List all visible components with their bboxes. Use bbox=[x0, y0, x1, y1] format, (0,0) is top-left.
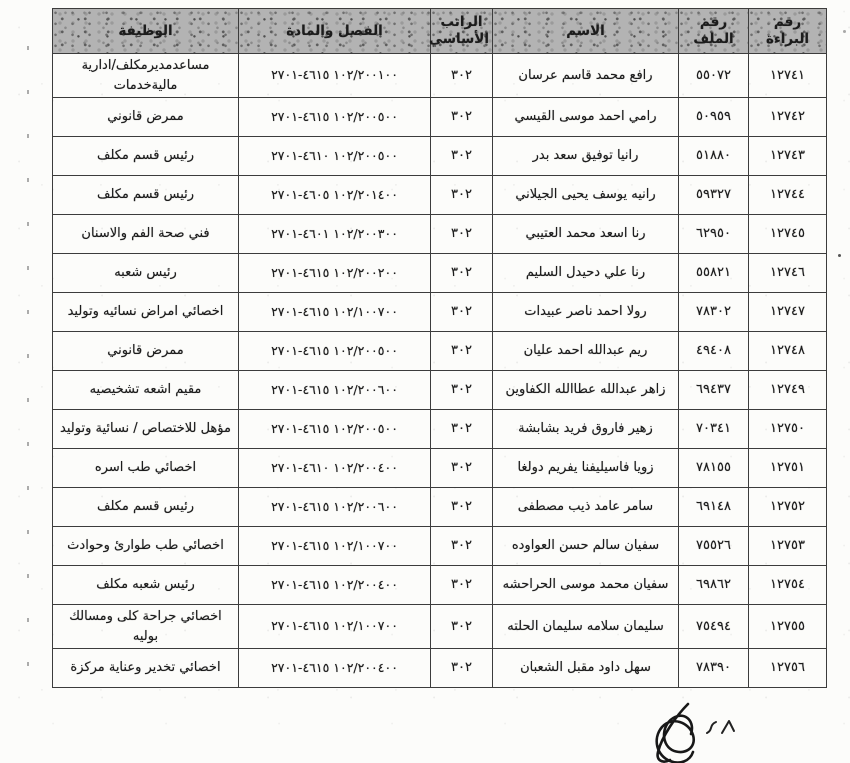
cell-basic-salary: ٣٠٢ bbox=[431, 605, 493, 649]
cell-job-title: فني صحة الفم والاسنان bbox=[53, 215, 239, 254]
col-header-name: الاسم bbox=[493, 9, 679, 54]
table-row: ١٢٧٥٠ ٧٠٣٤١ زهير فاروق فريد بشابشة ٣٠٢ ١… bbox=[53, 410, 827, 449]
cell-name: زويا فاسيليفنا يفريم دولغا bbox=[493, 449, 679, 488]
cell-job-title: اخصائي جراحة كلى ومسالك بوليه bbox=[53, 605, 239, 649]
cell-basic-salary: ٣٠٢ bbox=[431, 254, 493, 293]
cell-decree-number: ١٢٧٥٣ bbox=[749, 527, 827, 566]
cell-name: سهل داود مقبل الشعبان bbox=[493, 649, 679, 688]
col-header-job-title: الوظيفة bbox=[53, 9, 239, 54]
cell-file-number: ٦٩٨٦٢ bbox=[679, 566, 749, 605]
cell-name: رانيا توفيق سعد بدر bbox=[493, 137, 679, 176]
personnel-table-container: رقم البراءة رقم الملف الاسم الراتب الأسا… bbox=[52, 8, 826, 688]
cell-job-title: اخصائي امراض نسائيه وتوليد bbox=[53, 293, 239, 332]
cell-basic-salary: ٣٠٢ bbox=[431, 293, 493, 332]
cell-job-title: رئيس قسم مكلف bbox=[53, 137, 239, 176]
cell-name: رنا علي دحيدل السليم bbox=[493, 254, 679, 293]
table-row: ١٢٧٤٧ ٧٨٣٠٢ رولا احمد ناصر عبيدات ٣٠٢ ١٠… bbox=[53, 293, 827, 332]
cell-chapter-article: ١٠٢/٢٠٠٤٠٠ ٤٦١٠-٢٧٠١ bbox=[239, 449, 431, 488]
cell-decree-number: ١٢٧٥٤ bbox=[749, 566, 827, 605]
cell-decree-number: ١٢٧٥٦ bbox=[749, 649, 827, 688]
cell-file-number: ٥٥٠٧٢ bbox=[679, 54, 749, 98]
cell-decree-number: ١٢٧٤٣ bbox=[749, 137, 827, 176]
table-row: ١٢٧٤٦ ٥٥٨٢١ رنا علي دحيدل السليم ٣٠٢ ١٠٢… bbox=[53, 254, 827, 293]
cell-file-number: ٥١٨٨٠ bbox=[679, 137, 749, 176]
cell-name: ريم عبدالله احمد عليان bbox=[493, 332, 679, 371]
cell-file-number: ٧٨١٥٥ bbox=[679, 449, 749, 488]
personnel-table: رقم البراءة رقم الملف الاسم الراتب الأسا… bbox=[52, 8, 827, 688]
cell-chapter-article: ١٠٢/٢٠٠٦٠٠ ٤٦١٥-٢٧٠١ bbox=[239, 488, 431, 527]
cell-basic-salary: ٣٠٢ bbox=[431, 410, 493, 449]
table-row: ١٢٧٤٨ ٤٩٤٠٨ ريم عبدالله احمد عليان ٣٠٢ ١… bbox=[53, 332, 827, 371]
cell-chapter-article: ١٠٢/٢٠٠٢٠٠ ٤٦١٥-٢٧٠١ bbox=[239, 254, 431, 293]
table-row: ١٢٧٤٩ ٦٩٤٣٧ زاهر عبدالله عطاالله الكفاوي… bbox=[53, 371, 827, 410]
cell-chapter-article: ١٠٢/٢٠٠٦٠٠ ٤٦١٥-٢٧٠١ bbox=[239, 371, 431, 410]
table-row: ١٢٧٤١ ٥٥٠٧٢ رافع محمد قاسم عرسان ٣٠٢ ١٠٢… bbox=[53, 54, 827, 98]
scanned-document-page: { "colors":{"header_bg":"#b3b3b3","ink":… bbox=[0, 0, 850, 763]
col-header-file-number: رقم الملف bbox=[679, 9, 749, 54]
col-header-chapter-article: الفصل والمادة bbox=[239, 9, 431, 54]
cell-file-number: ٦٩١٤٨ bbox=[679, 488, 749, 527]
cell-job-title: اخصائي تخدير وعناية مركزة bbox=[53, 649, 239, 688]
cell-chapter-article: ١٠٢/٢٠٠١٠٠ ٤٦١٥-٢٧٠١ bbox=[239, 54, 431, 98]
cell-chapter-article: ١٠٢/٢٠٠٤٠٠ ٤٦١٥-٢٧٠١ bbox=[239, 649, 431, 688]
cell-name: رامي احمد موسى القيسي bbox=[493, 98, 679, 137]
cell-name: زهير فاروق فريد بشابشة bbox=[493, 410, 679, 449]
cell-decree-number: ١٢٧٤١ bbox=[749, 54, 827, 98]
cell-chapter-article: ١٠٢/٢٠٠٥٠٠ ٤٦١٥-٢٧٠١ bbox=[239, 410, 431, 449]
cell-name: رانيه يوسف يحيى الجيلاني bbox=[493, 176, 679, 215]
table-header-row: رقم البراءة رقم الملف الاسم الراتب الأسا… bbox=[53, 9, 827, 54]
cell-basic-salary: ٣٠٢ bbox=[431, 449, 493, 488]
cell-chapter-article: ١٠٢/١٠٠٧٠٠ ٤٦١٥-٢٧٠١ bbox=[239, 293, 431, 332]
cell-basic-salary: ٣٠٢ bbox=[431, 137, 493, 176]
scan-artifact-dot bbox=[838, 254, 841, 257]
cell-file-number: ٦٩٤٣٧ bbox=[679, 371, 749, 410]
table-row: ١٢٧٤٣ ٥١٨٨٠ رانيا توفيق سعد بدر ٣٠٢ ١٠٢/… bbox=[53, 137, 827, 176]
cell-job-title: رئيس شعبه مكلف bbox=[53, 566, 239, 605]
cell-job-title: ممرض قانوني bbox=[53, 332, 239, 371]
cell-basic-salary: ٣٠٢ bbox=[431, 54, 493, 98]
cell-file-number: ٥٩٣٢٧ bbox=[679, 176, 749, 215]
table-row: ١٢٧٥٢ ٦٩١٤٨ سامر عامد ذيب مصطفى ٣٠٢ ١٠٢/… bbox=[53, 488, 827, 527]
col-header-basic-salary: الراتب الأساسي bbox=[431, 9, 493, 54]
table-row: ١٢٧٤٢ ٥٠٩٥٩ رامي احمد موسى القيسي ٣٠٢ ١٠… bbox=[53, 98, 827, 137]
cell-file-number: ٧٠٣٤١ bbox=[679, 410, 749, 449]
cell-job-title: ممرض قانوني bbox=[53, 98, 239, 137]
cell-chapter-article: ١٠٢/٢٠٠٥٠٠ ٤٦١٠-٢٧٠١ bbox=[239, 137, 431, 176]
cell-decree-number: ١٢٧٤٤ bbox=[749, 176, 827, 215]
cell-job-title: رئيس قسم مكلف bbox=[53, 176, 239, 215]
col-header-decree-number: رقم البراءة bbox=[749, 9, 827, 54]
cell-chapter-article: ١٠٢/١٠٠٧٠٠ ٤٦١٥-٢٧٠١ bbox=[239, 527, 431, 566]
cell-file-number: ٧٨٣٩٠ bbox=[679, 649, 749, 688]
table-row: ١٢٧٤٤ ٥٩٣٢٧ رانيه يوسف يحيى الجيلاني ٣٠٢… bbox=[53, 176, 827, 215]
table-row: ١٢٧٥٦ ٧٨٣٩٠ سهل داود مقبل الشعبان ٣٠٢ ١٠… bbox=[53, 649, 827, 688]
cell-chapter-article: ١٠٢/٢٠٠٥٠٠ ٤٦١٥-٢٧٠١ bbox=[239, 332, 431, 371]
cell-decree-number: ١٢٧٤٨ bbox=[749, 332, 827, 371]
cell-job-title: رئيس قسم مكلف bbox=[53, 488, 239, 527]
cell-file-number: ٧٨٣٠٢ bbox=[679, 293, 749, 332]
cell-decree-number: ١٢٧٥١ bbox=[749, 449, 827, 488]
cell-decree-number: ١٢٧٤٩ bbox=[749, 371, 827, 410]
cell-name: سامر عامد ذيب مصطفى bbox=[493, 488, 679, 527]
table-row: ١٢٧٥٣ ٧٥٥٢٦ سفيان سالم حسن العواوده ٣٠٢ … bbox=[53, 527, 827, 566]
cell-file-number: ٦٢٩٥٠ bbox=[679, 215, 749, 254]
cell-name: سفيان سالم حسن العواوده bbox=[493, 527, 679, 566]
cell-job-title: مساعدمديرمكلف/ادارية ماليةخدمات bbox=[53, 54, 239, 98]
cell-name: زاهر عبدالله عطاالله الكفاوين bbox=[493, 371, 679, 410]
cell-decree-number: ١٢٧٤٧ bbox=[749, 293, 827, 332]
cell-file-number: ٤٩٤٠٨ bbox=[679, 332, 749, 371]
cell-name: سليمان سلامه سليمان الحلته bbox=[493, 605, 679, 649]
cell-job-title: اخصائي طب طوارئ وحوادث bbox=[53, 527, 239, 566]
cell-decree-number: ١٢٧٥٥ bbox=[749, 605, 827, 649]
cell-basic-salary: ٣٠٢ bbox=[431, 488, 493, 527]
cell-name: رافع محمد قاسم عرسان bbox=[493, 54, 679, 98]
cell-basic-salary: ٣٠٢ bbox=[431, 527, 493, 566]
table-row: ١٢٧٥١ ٧٨١٥٥ زويا فاسيليفنا يفريم دولغا ٣… bbox=[53, 449, 827, 488]
cell-name: رولا احمد ناصر عبيدات bbox=[493, 293, 679, 332]
cell-name: سفيان محمد موسى الحراحشه bbox=[493, 566, 679, 605]
cell-decree-number: ١٢٧٤٢ bbox=[749, 98, 827, 137]
cell-file-number: ٧٥٤٩٤ bbox=[679, 605, 749, 649]
cell-chapter-article: ١٠٢/١٠٠٧٠٠ ٤٦١٥-٢٧٠١ bbox=[239, 605, 431, 649]
cell-job-title: مؤهل للاختصاص / نسائية وتوليد bbox=[53, 410, 239, 449]
cell-file-number: ٥٠٩٥٩ bbox=[679, 98, 749, 137]
table-body: ١٢٧٤١ ٥٥٠٧٢ رافع محمد قاسم عرسان ٣٠٢ ١٠٢… bbox=[53, 54, 827, 688]
cell-decree-number: ١٢٧٥٠ bbox=[749, 410, 827, 449]
table-row: ١٢٧٤٥ ٦٢٩٥٠ رنا اسعد محمد العتيبي ٣٠٢ ١٠… bbox=[53, 215, 827, 254]
scan-artifact-dot bbox=[843, 30, 846, 33]
cell-basic-salary: ٣٠٢ bbox=[431, 649, 493, 688]
cell-basic-salary: ٣٠٢ bbox=[431, 98, 493, 137]
handwritten-mark-icon bbox=[702, 716, 742, 746]
table-row: ١٢٧٥٤ ٦٩٨٦٢ سفيان محمد موسى الحراحشه ٣٠٢… bbox=[53, 566, 827, 605]
cell-job-title: اخصائي طب اسره bbox=[53, 449, 239, 488]
cell-job-title: رئيس شعبه bbox=[53, 254, 239, 293]
cell-basic-salary: ٣٠٢ bbox=[431, 215, 493, 254]
table-row: ١٢٧٥٥ ٧٥٤٩٤ سليمان سلامه سليمان الحلته ٣… bbox=[53, 605, 827, 649]
cell-file-number: ٧٥٥٢٦ bbox=[679, 527, 749, 566]
cell-basic-salary: ٣٠٢ bbox=[431, 332, 493, 371]
cell-basic-salary: ٣٠٢ bbox=[431, 566, 493, 605]
cell-chapter-article: ١٠٢/٢٠٠٣٠٠ ٤٦٠١-٢٧٠١ bbox=[239, 215, 431, 254]
cell-basic-salary: ٣٠٢ bbox=[431, 371, 493, 410]
left-margin-guide bbox=[27, 46, 29, 686]
cell-chapter-article: ١٠٢/٢٠٠٥٠٠ ٤٦١٥-٢٧٠١ bbox=[239, 98, 431, 137]
cell-decree-number: ١٢٧٥٢ bbox=[749, 488, 827, 527]
cell-decree-number: ١٢٧٤٥ bbox=[749, 215, 827, 254]
cell-basic-salary: ٣٠٢ bbox=[431, 176, 493, 215]
cell-chapter-article: ١٠٢/٢٠١٤٠٠ ٤٦٠٥-٢٧٠١ bbox=[239, 176, 431, 215]
cell-job-title: مقيم اشعه تشخيصيه bbox=[53, 371, 239, 410]
cell-chapter-article: ١٠٢/٢٠٠٤٠٠ ٤٦١٥-٢٧٠١ bbox=[239, 566, 431, 605]
cell-decree-number: ١٢٧٤٦ bbox=[749, 254, 827, 293]
cell-name: رنا اسعد محمد العتيبي bbox=[493, 215, 679, 254]
cell-file-number: ٥٥٨٢١ bbox=[679, 254, 749, 293]
